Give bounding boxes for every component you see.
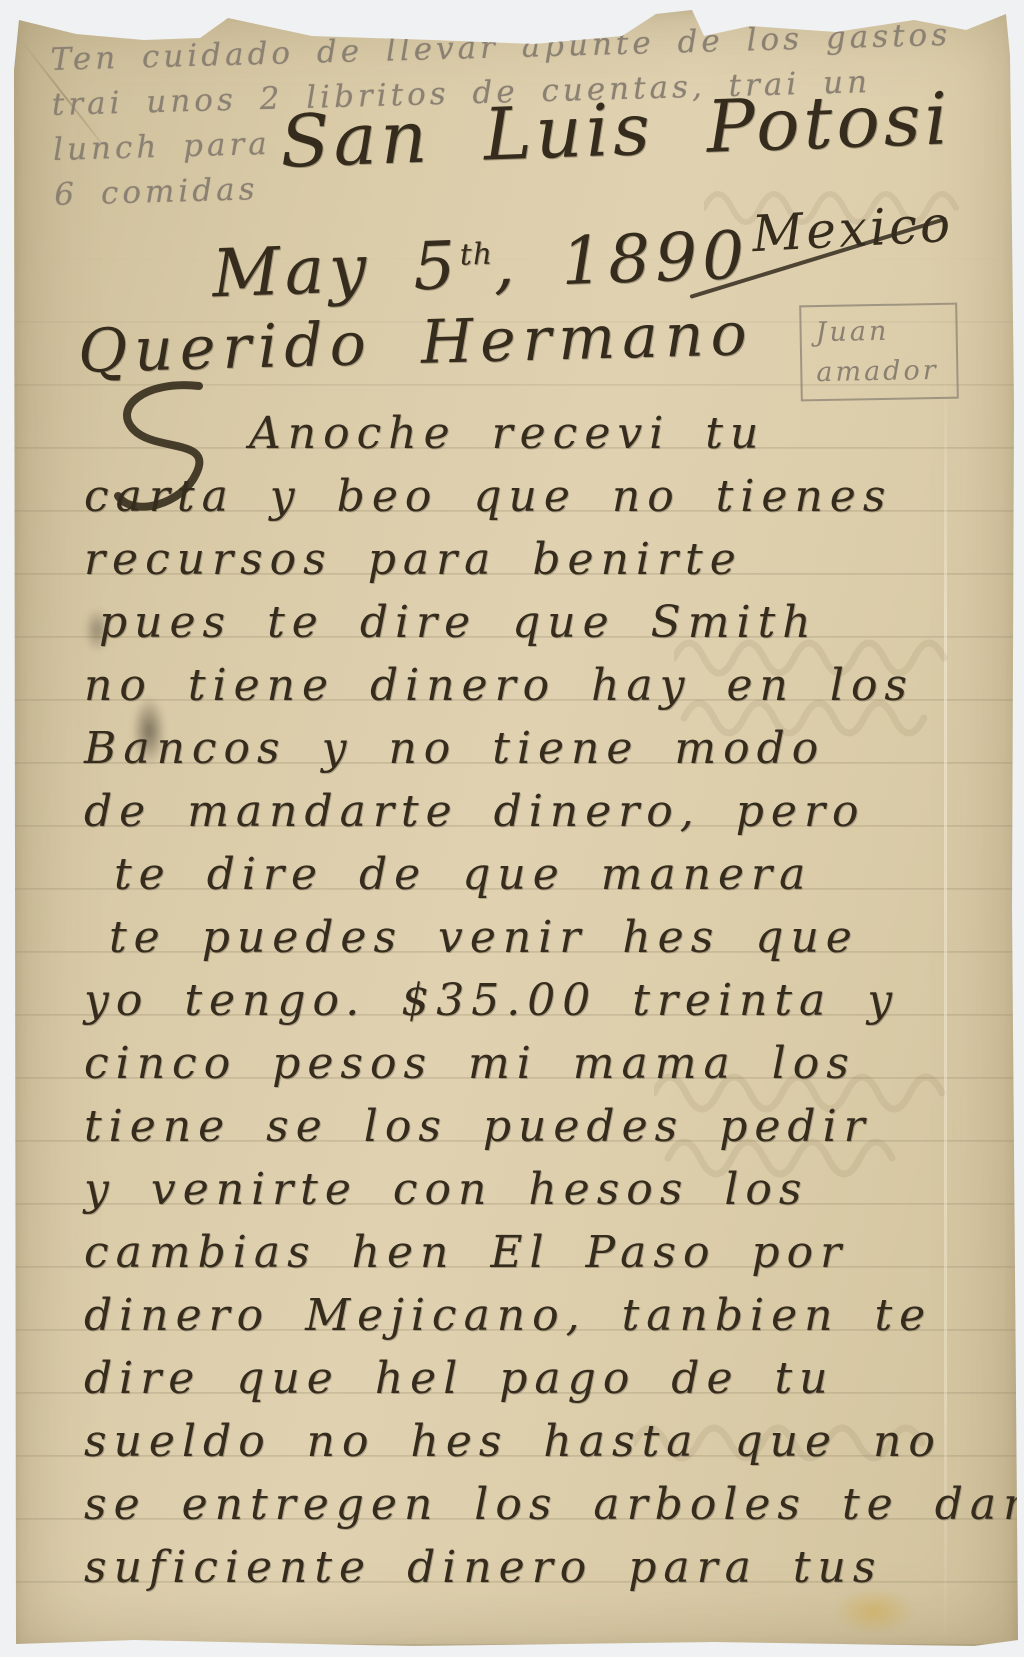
letter-line: y venirte con hesos los: [84, 1158, 984, 1221]
letter-line: se entregen los arboles te dan: [84, 1473, 984, 1536]
pencil-name-line: amador: [816, 351, 957, 393]
letter-line: yo tengo. $35.00 treinta y: [84, 969, 984, 1032]
letter-line: dinero Mejicano, tanbien te: [84, 1284, 984, 1347]
letter-salutation: Querido Hermano: [77, 299, 754, 387]
letter-date-ordinal: th: [459, 237, 493, 273]
letter-line: Anoche recevi tu: [84, 402, 984, 465]
pencil-name-box: Juan amador: [799, 303, 959, 402]
letter-line: cambias hen El Paso por: [84, 1221, 984, 1284]
letter-date-year: , 1890: [492, 217, 750, 303]
letter-line: tiene se los puedes pedir: [84, 1095, 984, 1158]
letter-line: te dire de que manera: [84, 843, 984, 906]
letter-line: de mandarte dinero, pero: [84, 780, 984, 843]
letter-line: cinco pesos mi mama los: [84, 1032, 984, 1095]
letter-line: pues te dire que Smith: [84, 591, 984, 654]
letter-country: Mexico: [751, 195, 955, 263]
letter-body: Anoche recevi tu carta y beo que no tien…: [84, 402, 984, 1599]
letter-date: May 5th, 1890: [211, 217, 751, 313]
letter-line: sueldo no hes hasta que no: [84, 1410, 984, 1473]
letter-line: recursos para benirte: [84, 528, 984, 591]
letter-line: dire que hel pago de tu: [84, 1347, 984, 1410]
letter-line: Bancos y no tiene modo: [84, 717, 984, 780]
scan-background: Ten cuidado de llevar apunte de los gast…: [0, 0, 1024, 1657]
letter-paper: Ten cuidado de llevar apunte de los gast…: [14, 8, 1018, 1650]
letter-line: carta y beo que no tienes: [84, 465, 984, 528]
letter-line: no tiene dinero hay en los: [84, 654, 984, 717]
letter-line: te puedes venir hes que: [84, 906, 984, 969]
pencil-name-line: Juan: [815, 311, 956, 353]
letter-date-day: May 5: [211, 227, 462, 313]
letter-line: suficiente dinero para tus: [84, 1536, 984, 1599]
